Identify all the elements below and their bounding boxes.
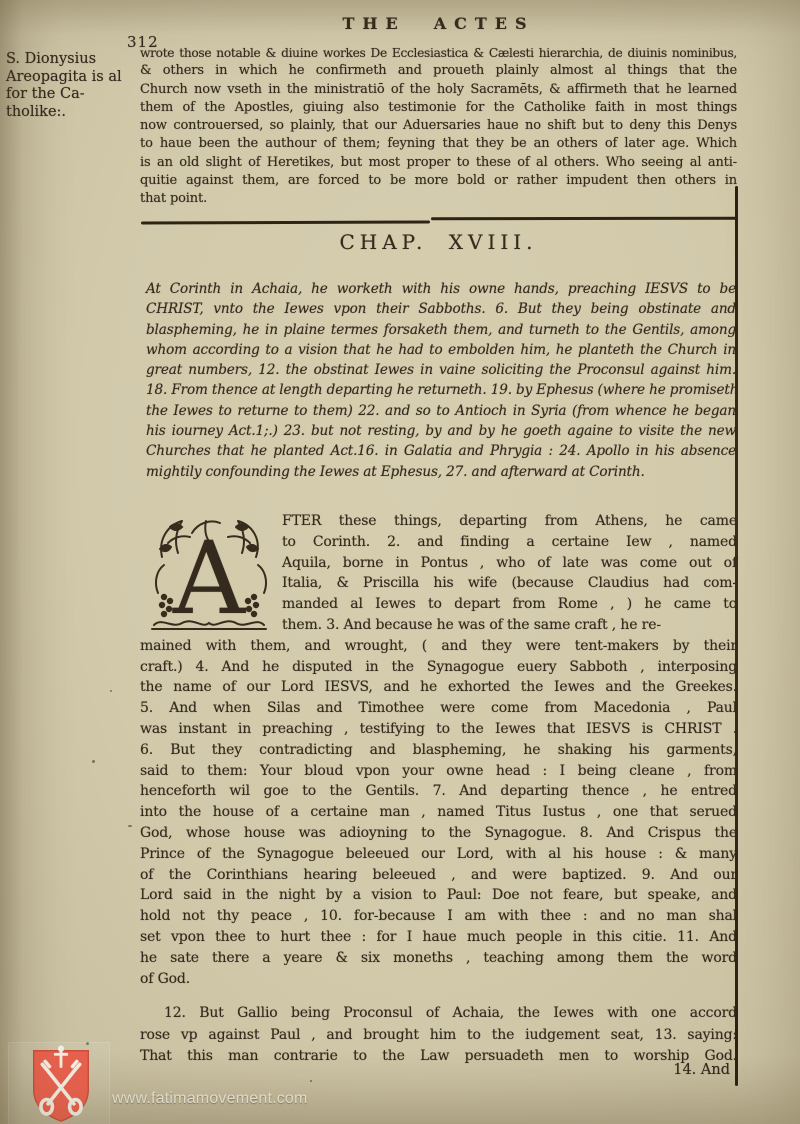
text-line: craft.) 4. And he disputed in the Synago… [140,657,737,678]
chapter-argument: At Corinth in Achaia, he worketh with hi… [146,279,736,482]
text-line: of the Corinthians hearing beleeued , an… [140,865,737,886]
text-line: God, whose house was adioyning to the Sy… [140,823,737,844]
text-line: his iourney Act.1;.) 23. but not resting… [146,421,736,441]
text-line: to haue been the authour of them; feynin… [140,135,737,153]
text-line: 6. But they contradicting and blasphemin… [140,740,737,761]
divider-rule-left [141,220,430,224]
text-line: manded al Iewes to depart from Rome , ) … [282,594,737,615]
scanned-page: THE ACTES 312 S. Dionysius Areopagita is… [0,0,800,1124]
chapter-heading: CHAP. XVIII. [140,230,737,254]
text-line: them of the Apostles, giuing also testim… [140,99,737,117]
body-paragraph-1: A FTER these things, departing from Athe… [140,511,737,989]
watermark: www.fatimamovement.com [8,1042,368,1124]
text-line: 12. But Gallio being Proconsul of Achaia… [140,1003,737,1025]
body-lines-full: mained with them, and wrought, ( and the… [140,636,737,990]
text-line: CHRIST, vnto the Iewes vpon their Sabbot… [146,299,736,319]
watermark-url: www.fatimamovement.com [112,1090,308,1108]
text-line: said to them: Your bloud vpon your owne … [140,761,737,782]
text-line: quitie against them, are forced to be mo… [140,172,737,190]
woodcut-ornament: A [148,513,270,633]
text-line: of God. [140,969,737,990]
text-line: now controuersed, so plainly, that our A… [140,117,737,135]
text-line: 5. And when Silas and Timothee were come… [140,698,737,719]
body-lines-beside-cap: FTER these things, departing from Athens… [282,511,737,636]
text-line: blaspheming, he in plaine termes forsake… [146,320,736,340]
text-line: At Corinth in Achaia, he worketh with hi… [146,279,736,299]
text-line: that point. [140,190,737,208]
text-line: Aquila, borne in Pontus , who of late wa… [282,553,737,574]
text-line: Prince of the Synagogue beleeued our Lor… [140,844,737,865]
text-line: hold not thy peace , 10. for-because I a… [140,906,737,927]
text-line: is an old slight of Heretikes, but most … [140,154,737,172]
text-line: wrote those notable & diuine workes De E… [140,44,737,62]
text-line: Church now vseth in the ministratiō of t… [140,81,737,99]
text-line: set vpon thee to hurt thee : for I haue … [140,927,737,948]
text-line: whom according to a vision that he had t… [146,340,736,360]
text-line: Churches that he planted Act.16. in Gala… [146,441,736,461]
running-title: THE ACTES [140,14,737,33]
drop-cap-letter: A [172,520,247,633]
ink-speck [110,690,112,692]
text-line: mightily confounding the Iewes at Ephesu… [146,462,736,482]
text-line: henceforth wil goe to the Gentils. 7. An… [140,781,737,802]
text-line: the name of our Lord IESVS, and he exhor… [140,677,737,698]
text-line: FTER these things, departing from Athens… [282,511,737,532]
text-line: was instant in preaching , testifying to… [140,719,737,740]
text-line: them. 3. And because he was of the same … [282,615,737,636]
text-line: Lord said in the night by a vision to Pa… [140,885,737,906]
text-line: mained with them, and wrought, ( and the… [140,636,737,657]
papal-keys-shield-icon [20,1045,102,1124]
text-line: great numbers, 12. the obstinat Iewes in… [146,360,736,380]
divider-rule-right [431,217,738,220]
intro-paragraph: wrote those notable & diuine workes De E… [140,44,737,209]
text-line: & others in which he confirmeth and prou… [140,62,737,80]
text-line: 18. From thence at length departing he r… [146,380,736,400]
drop-cap-initial: A [148,513,270,633]
margin-note: S. Dionysius Areopagita is al for the Ca… [6,51,137,121]
ink-speck [92,760,95,763]
text-line: into the house of a certaine man , named… [140,802,737,823]
text-line: the Iewes to returne to them) 22. and so… [146,401,736,421]
ink-speck [128,825,132,827]
text-line: to Corinth. 2. and finding a certaine Ie… [282,532,737,553]
text-line: he sate there a yeare & six moneths , te… [140,948,737,969]
text-line: Italia, & Priscilla his wife (because Cl… [282,573,737,594]
